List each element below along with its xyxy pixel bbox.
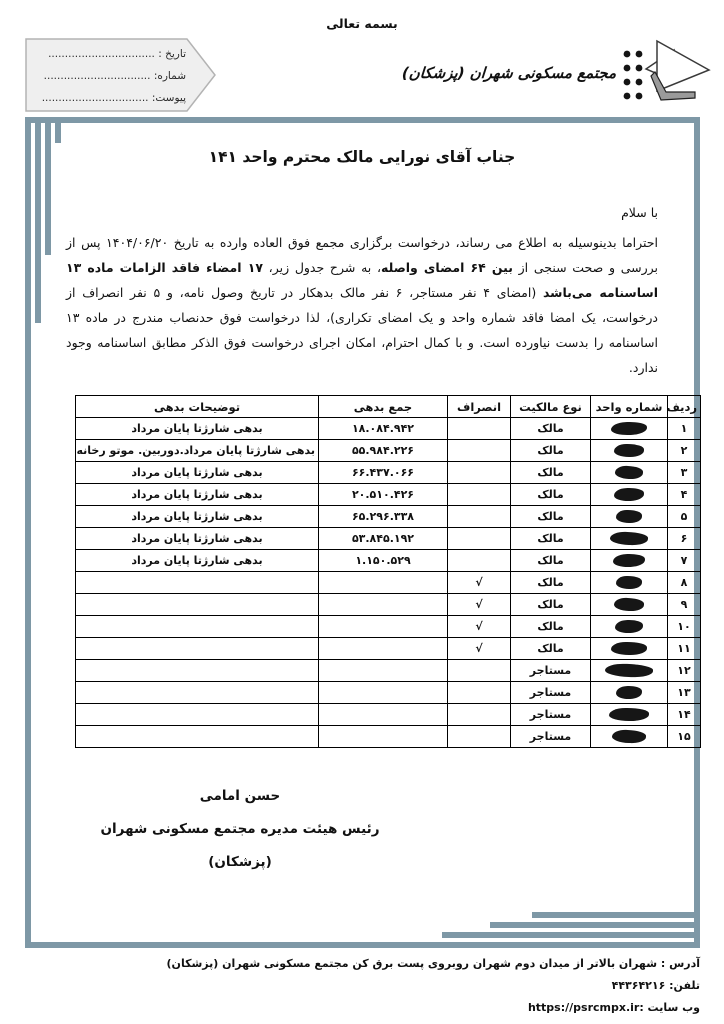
org-logo-text: مجتمع مسکونی شهران (پزشکان) [401, 64, 616, 82]
footer-phone: تلفن: ۴۴۳۶۴۲۱۶ [24, 975, 700, 997]
withdrawal-mark [448, 484, 511, 506]
ownership-type: مالک [511, 484, 591, 506]
unit-number-redacted [591, 616, 668, 638]
row-index: ۷ [668, 550, 701, 572]
table-body: ۱مالک۱۸.۰۸۴.۹۴۲بدهی شارژتا پایان مرداد۲م… [76, 418, 701, 748]
org-logo: مجتمع مسکونی شهران (پزشکان) [402, 34, 712, 112]
signatures-table: ردیفشماره واحدنوع مالکیتانصرافجمع بدهیتو… [75, 395, 701, 748]
table-row: ۶مالک۵۳.۸۴۵.۱۹۲بدهی شارژتا پایان مرداد [76, 528, 701, 550]
frame-stripe [532, 912, 700, 918]
ownership-type: مالک [511, 528, 591, 550]
signature-block: حسن امامی رئیس هیئت مدیره مجتمع مسکونی ش… [60, 780, 420, 879]
table-row: ۱۵مستاجر [76, 726, 701, 748]
debt-total: ۶۶.۴۳۷.۰۶۶ [319, 462, 448, 484]
ownership-type: مستاجر [511, 660, 591, 682]
unit-number-redacted [591, 484, 668, 506]
debt-note: بدهی شارژتا پایان مرداد [76, 528, 319, 550]
unit-number-redacted [591, 528, 668, 550]
stamp-row: تاریخ : ................................ [35, 43, 186, 65]
debt-total: ۶۵.۲۹۶.۳۳۸ [319, 506, 448, 528]
row-index: ۸ [668, 572, 701, 594]
body-text-segment: بین ۶۴ امضای واصله [381, 260, 513, 275]
withdrawal-mark [448, 506, 511, 528]
unit-number-redacted [591, 682, 668, 704]
frame-stripe [442, 932, 700, 938]
debt-note: بدهی شارژتا پایان مرداد [76, 418, 319, 440]
redaction-blob [615, 620, 643, 634]
debt-note: بدهی شارژتا پایان مرداد [76, 550, 319, 572]
redaction-blob [605, 663, 653, 678]
debt-note [76, 594, 319, 616]
withdrawal-mark: √ [448, 594, 511, 616]
ownership-type: مالک [511, 594, 591, 616]
debt-note [76, 682, 319, 704]
redaction-blob [615, 466, 643, 480]
redaction-blob [610, 532, 648, 546]
table-row: ۹مالک√ [76, 594, 701, 616]
debt-note [76, 616, 319, 638]
debt-total [319, 726, 448, 748]
ownership-type: مالک [511, 638, 591, 660]
unit-number-redacted [591, 440, 668, 462]
withdrawal-mark: √ [448, 572, 511, 594]
table-row: ۱۲مستاجر [76, 660, 701, 682]
withdrawal-mark [448, 660, 511, 682]
debt-note: بدهی شارژتا پایان مرداد [76, 462, 319, 484]
redaction-blob [614, 488, 644, 502]
debt-total [319, 594, 448, 616]
row-index: ۹ [668, 594, 701, 616]
withdrawal-mark [448, 550, 511, 572]
body-text-segment: ، به شرح جدول زیر، [263, 260, 381, 275]
redaction-blob [611, 642, 647, 655]
row-index: ۴ [668, 484, 701, 506]
debt-note: بدهی شارژتا پایان مرداد [76, 506, 319, 528]
debt-note [76, 704, 319, 726]
table-row: ۱۰مالک√ [76, 616, 701, 638]
unit-number-redacted [591, 704, 668, 726]
signer-name: حسن امامی [60, 780, 420, 813]
redaction-blob [614, 598, 644, 612]
redaction-blob [613, 554, 645, 568]
ownership-type: مستاجر [511, 682, 591, 704]
withdrawal-mark [448, 682, 511, 704]
row-index: ۵ [668, 506, 701, 528]
table-row: ۵مالک۶۵.۲۹۶.۳۳۸بدهی شارژتا پایان مرداد [76, 506, 701, 528]
ownership-type: مالک [511, 440, 591, 462]
ownership-type: مالک [511, 616, 591, 638]
frame-stripe [490, 922, 700, 928]
column-header: جمع بدهی [319, 396, 448, 418]
table-row: ۴مالک۲۰.۵۱۰.۴۲۶بدهی شارژتا پایان مرداد [76, 484, 701, 506]
bismillah-text: بسمه تعالی [0, 16, 724, 31]
debt-total [319, 704, 448, 726]
debt-note [76, 660, 319, 682]
table-row: ۱مالک۱۸.۰۸۴.۹۴۲بدهی شارژتا پایان مرداد [76, 418, 701, 440]
ownership-type: مستاجر [511, 726, 591, 748]
debt-total [319, 572, 448, 594]
unit-number-redacted [591, 638, 668, 660]
unit-number-redacted [591, 418, 668, 440]
org-logo-mark-icon [620, 37, 712, 109]
withdrawal-mark [448, 704, 511, 726]
row-index: ۱۲ [668, 660, 701, 682]
withdrawal-mark [448, 528, 511, 550]
debt-note: بدهی شارژتا پایان مرداد [76, 484, 319, 506]
unit-number-redacted [591, 594, 668, 616]
redaction-blob [612, 730, 646, 744]
footer-address: آدرس : شهران بالاتر از میدان دوم شهران ر… [24, 953, 700, 975]
redaction-blob [611, 422, 647, 436]
row-index: ۱۳ [668, 682, 701, 704]
debt-total [319, 638, 448, 660]
debt-total [319, 660, 448, 682]
stamp-row: شماره: ................................ [35, 65, 186, 87]
unit-number-redacted [591, 506, 668, 528]
ownership-type: مالک [511, 572, 591, 594]
column-header: ردیف [668, 396, 701, 418]
unit-number-redacted [591, 572, 668, 594]
debt-total [319, 616, 448, 638]
ownership-type: مالک [511, 550, 591, 572]
signatures-table-wrap: ردیفشماره واحدنوع مالکیتانصرافجمع بدهیتو… [75, 395, 700, 748]
frame-stripe [45, 123, 51, 255]
debt-total: ۲۰.۵۱۰.۴۲۶ [319, 484, 448, 506]
column-header: شماره واحد [591, 396, 668, 418]
row-index: ۱۵ [668, 726, 701, 748]
debt-note: بدهی شارژتا پایان مرداد.دوربین. موتو رخا… [76, 440, 319, 462]
recipient-title: جناب آقای نورایی مالک محترم واحد ۱۴۱ [40, 148, 684, 166]
redaction-blob [614, 444, 644, 457]
row-index: ۱۴ [668, 704, 701, 726]
row-index: ۱ [668, 418, 701, 440]
unit-number-redacted [591, 550, 668, 572]
table-row: ۷مالک۱.۱۵۰.۵۲۹بدهی شارژتا پایان مرداد [76, 550, 701, 572]
column-header: انصراف [448, 396, 511, 418]
salutation: با سلام [621, 205, 658, 220]
withdrawal-mark: √ [448, 638, 511, 660]
signer-role: رئیس هیئت مدیره مجتمع مسکونی شهران [60, 813, 420, 846]
footer-website: وب سایت :https://psrcmpx.ir [24, 997, 700, 1019]
date-stamp-rows: تاریخ : ................................… [35, 43, 186, 109]
unit-number-redacted [591, 462, 668, 484]
ownership-type: مالک [511, 418, 591, 440]
debt-note [76, 638, 319, 660]
table-row: ۱۳مستاجر [76, 682, 701, 704]
row-index: ۱۱ [668, 638, 701, 660]
table-row: ۱۱مالک√ [76, 638, 701, 660]
column-header: نوع مالکیت [511, 396, 591, 418]
column-header: توضیحات بدهی [76, 396, 319, 418]
date-stamp-box: تاریخ : ................................… [25, 38, 216, 112]
ownership-type: مالک [511, 506, 591, 528]
table-row: ۸مالک√ [76, 572, 701, 594]
stamp-row: پیوست: ................................ [35, 87, 186, 109]
debt-total [319, 682, 448, 704]
debt-total: ۱.۱۵۰.۵۲۹ [319, 550, 448, 572]
unit-number-redacted [591, 660, 668, 682]
withdrawal-mark [448, 726, 511, 748]
withdrawal-mark [448, 440, 511, 462]
row-index: ۱۰ [668, 616, 701, 638]
table-row: ۱۴مستاجر [76, 704, 701, 726]
withdrawal-mark [448, 418, 511, 440]
withdrawal-mark: √ [448, 616, 511, 638]
debt-note [76, 572, 319, 594]
redaction-blob [609, 708, 649, 721]
body-paragraph: احتراما بدینوسیله به اطلاع می رساند، درخ… [66, 230, 658, 380]
debt-note [76, 726, 319, 748]
frame-stripe [55, 123, 61, 143]
table-row: ۲مالک۵۵.۹۸۴.۲۲۶بدهی شارژتا پایان مرداد.د… [76, 440, 701, 462]
withdrawal-mark [448, 462, 511, 484]
row-index: ۲ [668, 440, 701, 462]
ownership-type: مالک [511, 462, 591, 484]
table-header-row: ردیفشماره واحدنوع مالکیتانصرافجمع بدهیتو… [76, 396, 701, 418]
unit-number-redacted [591, 726, 668, 748]
redaction-blob [616, 686, 642, 700]
footer-website-url: https://psrcmpx.ir [528, 1001, 639, 1014]
debt-total: ۵۵.۹۸۴.۲۲۶ [319, 440, 448, 462]
letter-footer: آدرس : شهران بالاتر از میدان دوم شهران ر… [24, 953, 700, 1019]
signer-org: (پزشکان) [60, 846, 420, 879]
redaction-blob [616, 510, 642, 523]
redaction-blob [616, 576, 642, 589]
ownership-type: مستاجر [511, 704, 591, 726]
row-index: ۳ [668, 462, 701, 484]
letter-page: بسمه تعالی تاریخ : .....................… [0, 0, 724, 1024]
table-row: ۳مالک۶۶.۴۳۷.۰۶۶بدهی شارژتا پایان مرداد [76, 462, 701, 484]
debt-total: ۵۳.۸۴۵.۱۹۲ [319, 528, 448, 550]
footer-website-label: وب سایت : [639, 1001, 700, 1014]
row-index: ۶ [668, 528, 701, 550]
debt-total: ۱۸.۰۸۴.۹۴۲ [319, 418, 448, 440]
